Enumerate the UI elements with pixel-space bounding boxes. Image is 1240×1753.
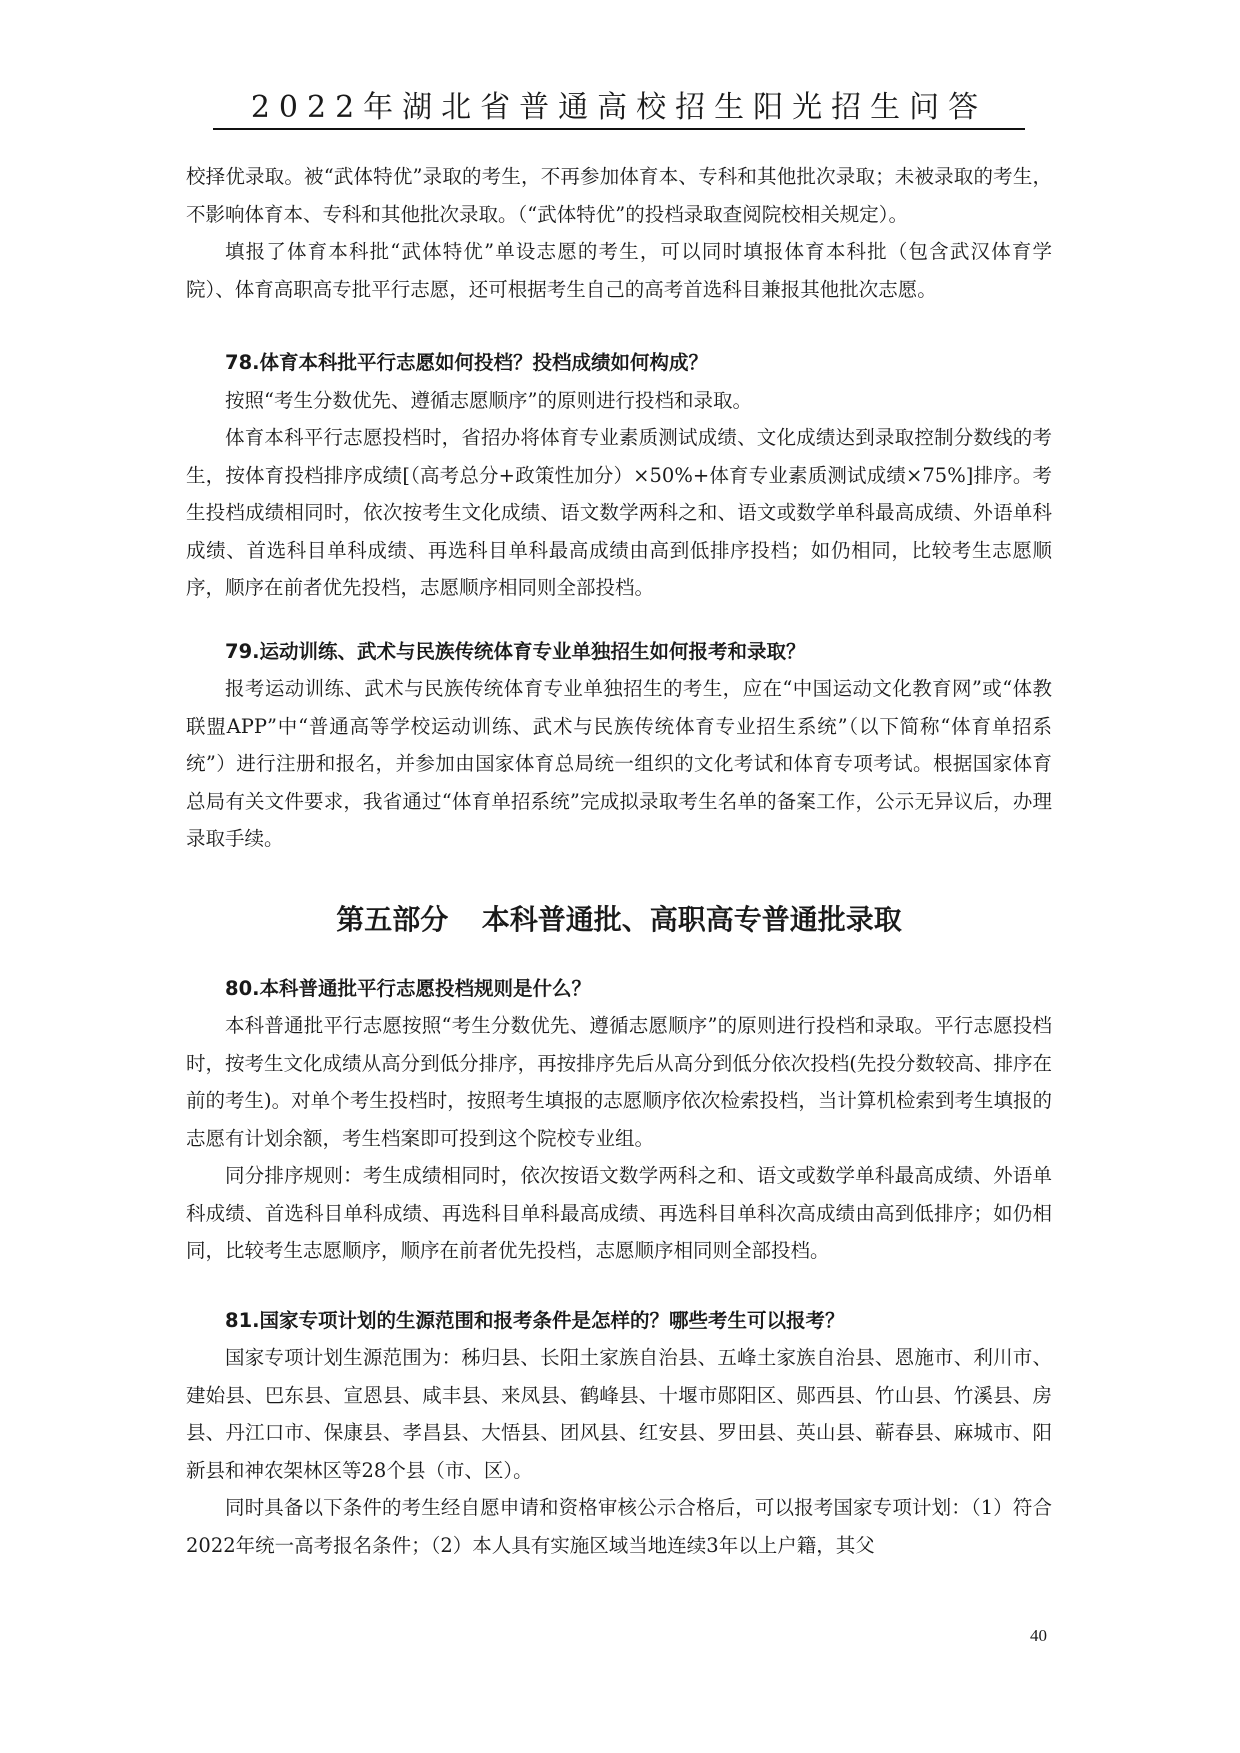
section-continuation: 校择优录取。被“武体特优”录取的考生，不再参加体育本、专科和其他批次录取；未被录… bbox=[186, 158, 1052, 308]
question-heading: 80.本科普通批平行志愿投档规则是什么？ bbox=[186, 970, 1052, 1008]
paragraph: 填报了体育本科批“武体特优”单设志愿的考生，可以同时填报体育本科批（包含武汉体育… bbox=[186, 233, 1052, 308]
question-heading: 79.运动训练、武术与民族传统体育专业单独招生如何报考和录取？ bbox=[186, 633, 1052, 671]
paragraph: 校择优录取。被“武体特优”录取的考生，不再参加体育本、专科和其他批次录取；未被录… bbox=[186, 158, 1052, 233]
section-q81: 81.国家专项计划的生源范围和报考条件是怎样的？哪些考生可以报考？ 国家专项计划… bbox=[186, 1302, 1052, 1565]
part-heading: 第五部分本科普通批、高职高专普通批录取 bbox=[186, 900, 1052, 940]
paragraph: 体育本科平行志愿投档时，省招办将体育专业素质测试成绩、文化成绩达到录取控制分数线… bbox=[186, 419, 1052, 607]
section-q78: 78.体育本科批平行志愿如何投档？投档成绩如何构成？ 按照“考生分数优先、遵循志… bbox=[186, 344, 1052, 607]
paragraph: 报考运动训练、武术与民族传统体育专业单独招生的考生，应在“中国运动文化教育网”或… bbox=[186, 670, 1052, 858]
question-heading: 78.体育本科批平行志愿如何投档？投档成绩如何构成？ bbox=[186, 344, 1052, 382]
paragraph: 同时具备以下条件的考生经自愿申请和资格审核公示合格后，可以报考国家专项计划：（1… bbox=[186, 1489, 1052, 1564]
part-title: 本科普通批、高职高专普通批录取 bbox=[482, 903, 902, 936]
document-title: 2022年湖北省普通高校招生阳光招生问答 bbox=[213, 88, 1025, 128]
paragraph: 按照“考生分数优先、遵循志愿顺序”的原则进行投档和录取。 bbox=[186, 382, 1052, 420]
section-q80: 80.本科普通批平行志愿投档规则是什么？ 本科普通批平行志愿按照“考生分数优先、… bbox=[186, 970, 1052, 1270]
section-q79: 79.运动训练、武术与民族传统体育专业单独招生如何报考和录取？ 报考运动训练、武… bbox=[186, 633, 1052, 858]
paragraph: 国家专项计划生源范围为：秭归县、长阳土家族自治县、五峰土家族自治县、恩施市、利川… bbox=[186, 1339, 1052, 1489]
paragraph: 同分排序规则：考生成绩相同时，依次按语文数学两科之和、语文或数学单科最高成绩、外… bbox=[186, 1157, 1052, 1270]
page-number: 40 bbox=[1030, 1626, 1047, 1646]
page-header: 2022年湖北省普通高校招生阳光招生问答 bbox=[213, 88, 1025, 130]
part-label: 第五部分 bbox=[336, 903, 448, 936]
paragraph: 本科普通批平行志愿按照“考生分数优先、遵循志愿顺序”的原则进行投档和录取。平行志… bbox=[186, 1007, 1052, 1157]
document-body: 校择优录取。被“武体特优”录取的考生，不再参加体育本、专科和其他批次录取；未被录… bbox=[186, 158, 1052, 1564]
question-heading: 81.国家专项计划的生源范围和报考条件是怎样的？哪些考生可以报考？ bbox=[186, 1302, 1052, 1340]
